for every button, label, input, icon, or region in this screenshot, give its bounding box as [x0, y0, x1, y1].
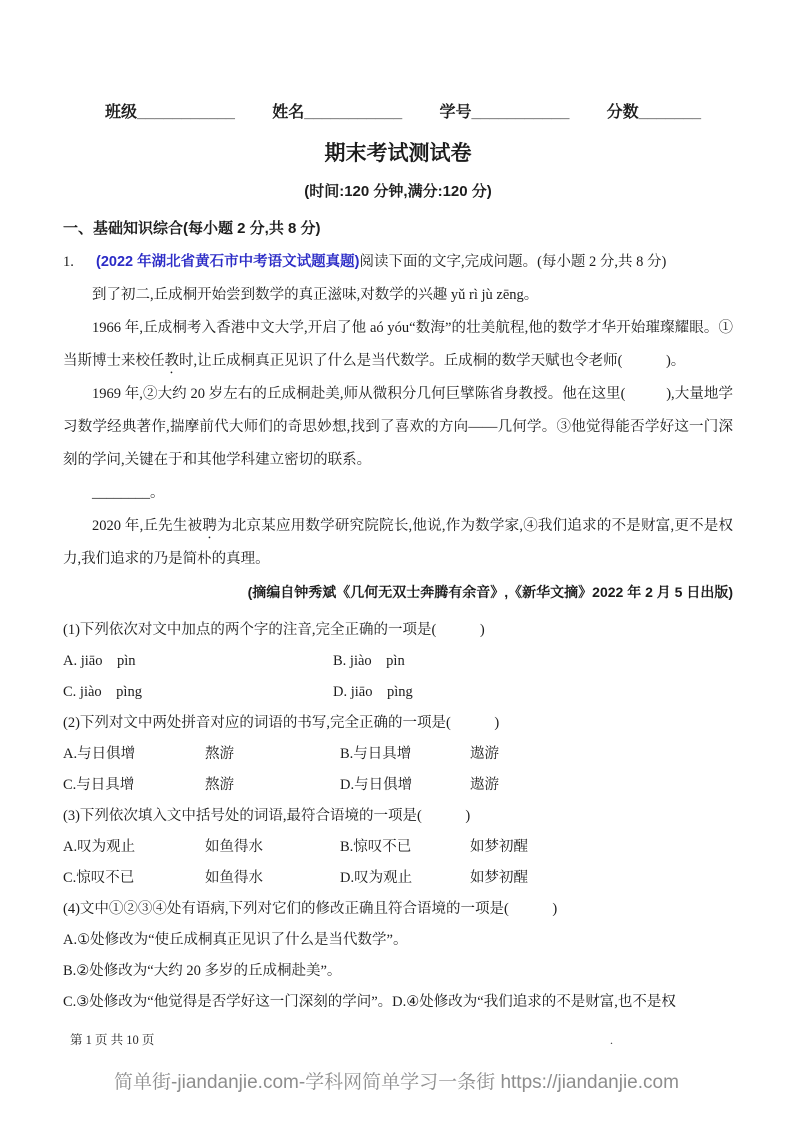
subquestions-block: (1)下列依次对文中加点的两个字的注音,完全正确的一项是( ) A. jiāo …: [63, 615, 733, 1018]
option-b: B.惊叹不已: [340, 832, 470, 863]
page-number-footer: 第 1 页 共 10 页: [70, 1030, 154, 1048]
score-field: 分数_______: [607, 102, 701, 124]
option-a: A.叹为观止: [63, 832, 205, 863]
option-c: C.惊叹不已: [63, 863, 205, 894]
passage-paragraph-3: 1969 年,②大约 20 岁左右的丘成桐赴美,师从微积分几何巨擘陈省身教授。他…: [63, 378, 733, 477]
question-intro: 阅读下面的文字,完成问题。(每小题 2 分,共 8 分): [359, 254, 666, 270]
option-b: B. jiào pìn: [333, 646, 733, 677]
question-number: 1.: [63, 251, 96, 274]
option-c-word2: 如鱼得水: [205, 863, 340, 894]
passage-paragraph-2: 1966 年,丘成桐考入香港中文大学,开启了他 aó yóu“数海”的壮美航程,…: [63, 312, 733, 378]
subquestion-4-option-a: A.①处修改为“使丘成桐真正见识了什么是当代数学”。: [63, 925, 733, 956]
fill-blank-line: ________。: [63, 477, 733, 510]
class-blank: ___________: [137, 104, 235, 121]
option-b-word2: 遨游: [470, 739, 733, 770]
question-source-tag: (2022 年湖北省黄石市中考语文试题真题): [96, 254, 359, 270]
passage-paragraph-4: 2020 年,丘先生被聘为北京某应用数学研究院院长,他说,作为数学家,④我们追求…: [63, 510, 733, 576]
class-field: 班级___________: [105, 102, 235, 124]
student-id-field: 学号___________: [439, 102, 569, 124]
passage-text: 时,让丘成桐真正见识了什么是当代数学。丘成桐的数学天赋也令老师( )。: [179, 353, 685, 369]
subquestion-2-options-row: A.与日俱增 熬游 B.与日具增 遨游: [63, 739, 733, 770]
section-heading: 一、基础知识综合(每小题 2 分,共 8 分): [63, 218, 733, 240]
subquestion-3-stem: (3)下列依次填入文中括号处的词语,最符合语境的一项是( ): [63, 801, 733, 832]
subquestion-2-options-row: C.与日具增 熬游 D.与日俱增 遨游: [63, 770, 733, 801]
subquestion-3-options-row: C.惊叹不已 如鱼得水 D.叹为观止 如梦初醒: [63, 863, 733, 894]
student-info-row: 班级___________ 姓名___________ 学号__________…: [63, 102, 733, 124]
option-a: A. jiāo pìn: [63, 646, 333, 677]
passage-paragraph-1: 到了初二,丘成桐开始尝到数学的真正滋味,对数学的兴趣 yǔ rì jù zēng…: [63, 279, 733, 312]
question-lead-text: (2022 年湖北省黄石市中考语文试题真题)阅读下面的文字,完成问题。(每小题 …: [96, 251, 666, 274]
class-label: 班级: [105, 104, 137, 121]
option-d: D.叹为观止: [340, 863, 470, 894]
option-c: C. jiào pìng: [63, 677, 333, 708]
subquestion-1-options-row: A. jiāo pìn B. jiào pìn: [63, 646, 733, 677]
subquestion-3-options-row: A.叹为观止 如鱼得水 B.惊叹不已 如梦初醒: [63, 832, 733, 863]
passage-attribution: (摘编自钟秀斌《几何无双士奔腾有余音》,《新华文摘》2022 年 2 月 5 日…: [63, 576, 733, 609]
student-id-blank: ___________: [471, 104, 569, 121]
subquestion-2-stem: (2)下列对文中两处拼音对应的词语的书写,完全正确的一项是( ): [63, 708, 733, 739]
passage-text: 2020 年,丘先生被: [92, 518, 202, 534]
watermark-text: 简单街-jiandanjie.com-学科网简单学习一条街 https://ji…: [0, 1067, 793, 1094]
option-a-word2: 熬游: [205, 739, 340, 770]
subquestion-4-stem: (4)文中①②③④处有语病,下列对它们的修改正确且符合语境的一项是( ): [63, 894, 733, 925]
name-label: 姓名: [272, 104, 304, 121]
subquestion-1-stem: (1)下列依次对文中加点的两个字的注音,完全正确的一项是( ): [63, 615, 733, 646]
subquestion-4-option-b: B.②处修改为“大约 20 多岁的丘成桐赴美”。: [63, 956, 733, 987]
option-b-word2: 如梦初醒: [470, 832, 733, 863]
option-a-word2: 如鱼得水: [205, 832, 340, 863]
exam-time-score: (时间:120 分钟,满分:120 分): [63, 181, 733, 203]
option-c-word2: 熬游: [205, 770, 340, 801]
option-a: A.与日俱增: [63, 739, 205, 770]
stray-dot: .: [610, 1033, 613, 1048]
score-label: 分数: [607, 104, 639, 121]
option-d: D.与日俱增: [340, 770, 470, 801]
reading-passage: 到了初二,丘成桐开始尝到数学的真正滋味,对数学的兴趣 yǔ rì jù zēng…: [63, 279, 733, 609]
question-1-lead: 1. (2022 年湖北省黄石市中考语文试题真题)阅读下面的文字,完成问题。(每…: [63, 251, 733, 274]
name-blank: ___________: [304, 104, 402, 121]
option-c: C.与日具增: [63, 770, 205, 801]
option-d-word2: 遨游: [470, 770, 733, 801]
option-d-word2: 如梦初醒: [470, 863, 733, 894]
subquestion-4-option-cd: C.③处修改为“他觉得是否学好这一门深刻的学问”。D.④处修改为“我们追求的不是…: [63, 987, 733, 1018]
subquestion-1-options-row: C. jiào pìng D. jiāo pìng: [63, 677, 733, 708]
option-b: B.与日具增: [340, 739, 470, 770]
emphasized-char-pin: 聘: [202, 518, 217, 534]
option-d: D. jiāo pìng: [333, 677, 733, 708]
name-field: 姓名___________: [272, 102, 402, 124]
emphasized-char-jiao: 教: [165, 353, 180, 369]
exam-page-content: 班级___________ 姓名___________ 学号__________…: [0, 0, 793, 1018]
score-blank: _______: [639, 104, 701, 121]
student-id-label: 学号: [439, 104, 471, 121]
page-title: 期末考试测试卷: [63, 140, 733, 168]
